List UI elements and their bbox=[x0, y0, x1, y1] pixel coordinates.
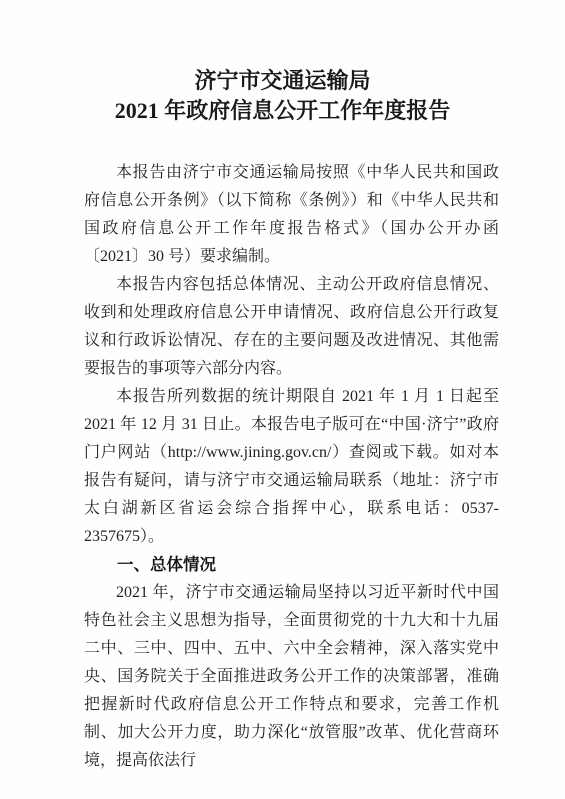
document-title-line2: 2021 年政府信息公开工作年度报告 bbox=[0, 96, 565, 126]
section1-paragraph-1: 2021 年，济宁市交通运输局坚持以习近平新时代中国特色社会主义思想为指导，全面… bbox=[84, 579, 499, 775]
intro-paragraph-3: 本报告所列数据的统计期限自 2021 年 1 月 1 日起至 2021 年 12… bbox=[84, 383, 499, 551]
document-title-line1: 济宁市交通运输局 bbox=[0, 66, 565, 96]
section-heading-overall-situation: 一、总体情况 bbox=[84, 551, 499, 579]
document-page: 济宁市交通运输局 2021 年政府信息公开工作年度报告 本报告由济宁市交通运输局… bbox=[0, 0, 565, 799]
document-title: 济宁市交通运输局 2021 年政府信息公开工作年度报告 bbox=[0, 66, 565, 126]
intro-paragraph-2: 本报告内容包括总体情况、主动公开政府信息情况、收到和处理政府信息公开申请情况、政… bbox=[84, 271, 499, 383]
document-body: 本报告由济宁市交通运输局按照《中华人民共和国政府信息公开条例》（以下简称《条例》… bbox=[0, 159, 565, 775]
intro-paragraph-1: 本报告由济宁市交通运输局按照《中华人民共和国政府信息公开条例》（以下简称《条例》… bbox=[84, 159, 499, 271]
